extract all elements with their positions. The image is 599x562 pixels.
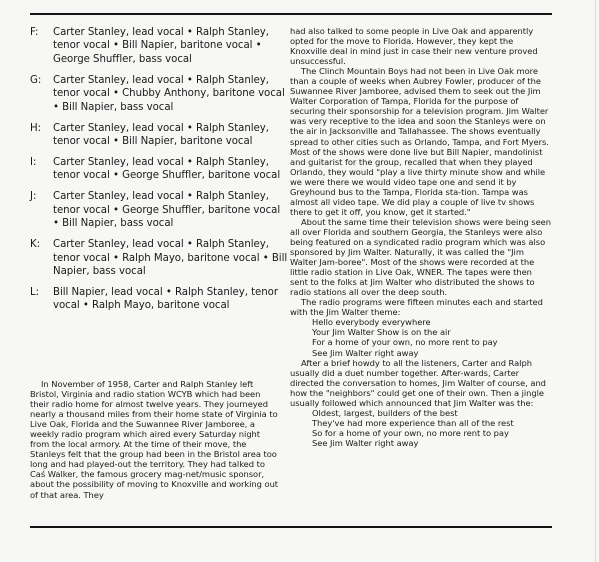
left-column-narrative: In November of 1958, Carter and Ralph St… [30,379,280,500]
verse-line: Hello everybody everywhere [312,317,552,327]
credit-key: G: [30,74,53,114]
credit-item-j: J: Carter Stanley, lead vocal • Ralph St… [30,190,288,230]
paragraph: had also talked to some people in Live O… [290,26,552,66]
paragraph: After a brief howdy to all the listeners… [290,358,552,408]
paragraph: The Clinch Mountain Boys had not been in… [290,66,552,217]
credit-item-i: I: Carter Stanley, lead vocal • Ralph St… [30,156,288,183]
verse-line: Oldest, largest, builders of the best [312,408,552,418]
credit-item-l: L: Bill Napier, lead vocal • Ralph Stanl… [30,286,288,313]
credit-key: J: [30,190,53,230]
verse-line: Your Jim Walter Show is on the air [312,327,552,337]
credit-key: L: [30,286,53,313]
vocal-credits-list: F: Carter Stanley, lead vocal • Ralph St… [30,26,288,320]
credit-text: Carter Stanley, lead vocal • Ralph Stanl… [53,190,288,230]
credit-item-f: F: Carter Stanley, lead vocal • Ralph St… [30,26,288,66]
credit-item-k: K: Carter Stanley, lead vocal • Ralph St… [30,238,288,278]
theme-song-verse: Hello everybody everywhere Your Jim Walt… [290,317,552,357]
credit-item-g: G: Carter Stanley, lead vocal • Ralph St… [30,74,288,114]
verse-line: See Jim Walter right away [312,438,552,448]
top-rule [30,13,552,15]
credit-text: Carter Stanley, lead vocal • Ralph Stanl… [53,156,288,183]
credit-text: Carter Stanley, lead vocal • Ralph Stanl… [53,74,288,114]
credit-text: Carter Stanley, lead vocal • Ralph Stanl… [53,238,288,278]
credit-item-h: H: Carter Stanley, lead vocal • Ralph St… [30,122,288,149]
credit-text: Carter Stanley, lead vocal • Ralph Stanl… [53,26,288,66]
credit-key: H: [30,122,53,149]
jingle-verse: Oldest, largest, builders of the best Th… [290,408,552,448]
verse-line: They've had more experience than all of … [312,418,552,428]
right-column-narrative: had also talked to some people in Live O… [290,26,552,448]
paragraph: In November of 1958, Carter and Ralph St… [30,379,280,500]
verse-line: See Jim Walter right away [312,348,552,358]
credit-key: K: [30,238,53,278]
verse-line: So for a home of your own, no more rent … [312,428,552,438]
credit-key: F: [30,26,53,66]
credit-text: Bill Napier, lead vocal • Ralph Stanley,… [53,286,288,313]
page-edge [595,0,596,562]
verse-line: For a home of your own, no more rent to … [312,337,552,347]
credit-text: Carter Stanley, lead vocal • Ralph Stanl… [53,122,288,149]
bottom-rule [30,526,552,528]
paragraph: The radio programs were fifteen minutes … [290,297,552,317]
paragraph: About the same time their television sho… [290,217,552,297]
credit-key: I: [30,156,53,183]
